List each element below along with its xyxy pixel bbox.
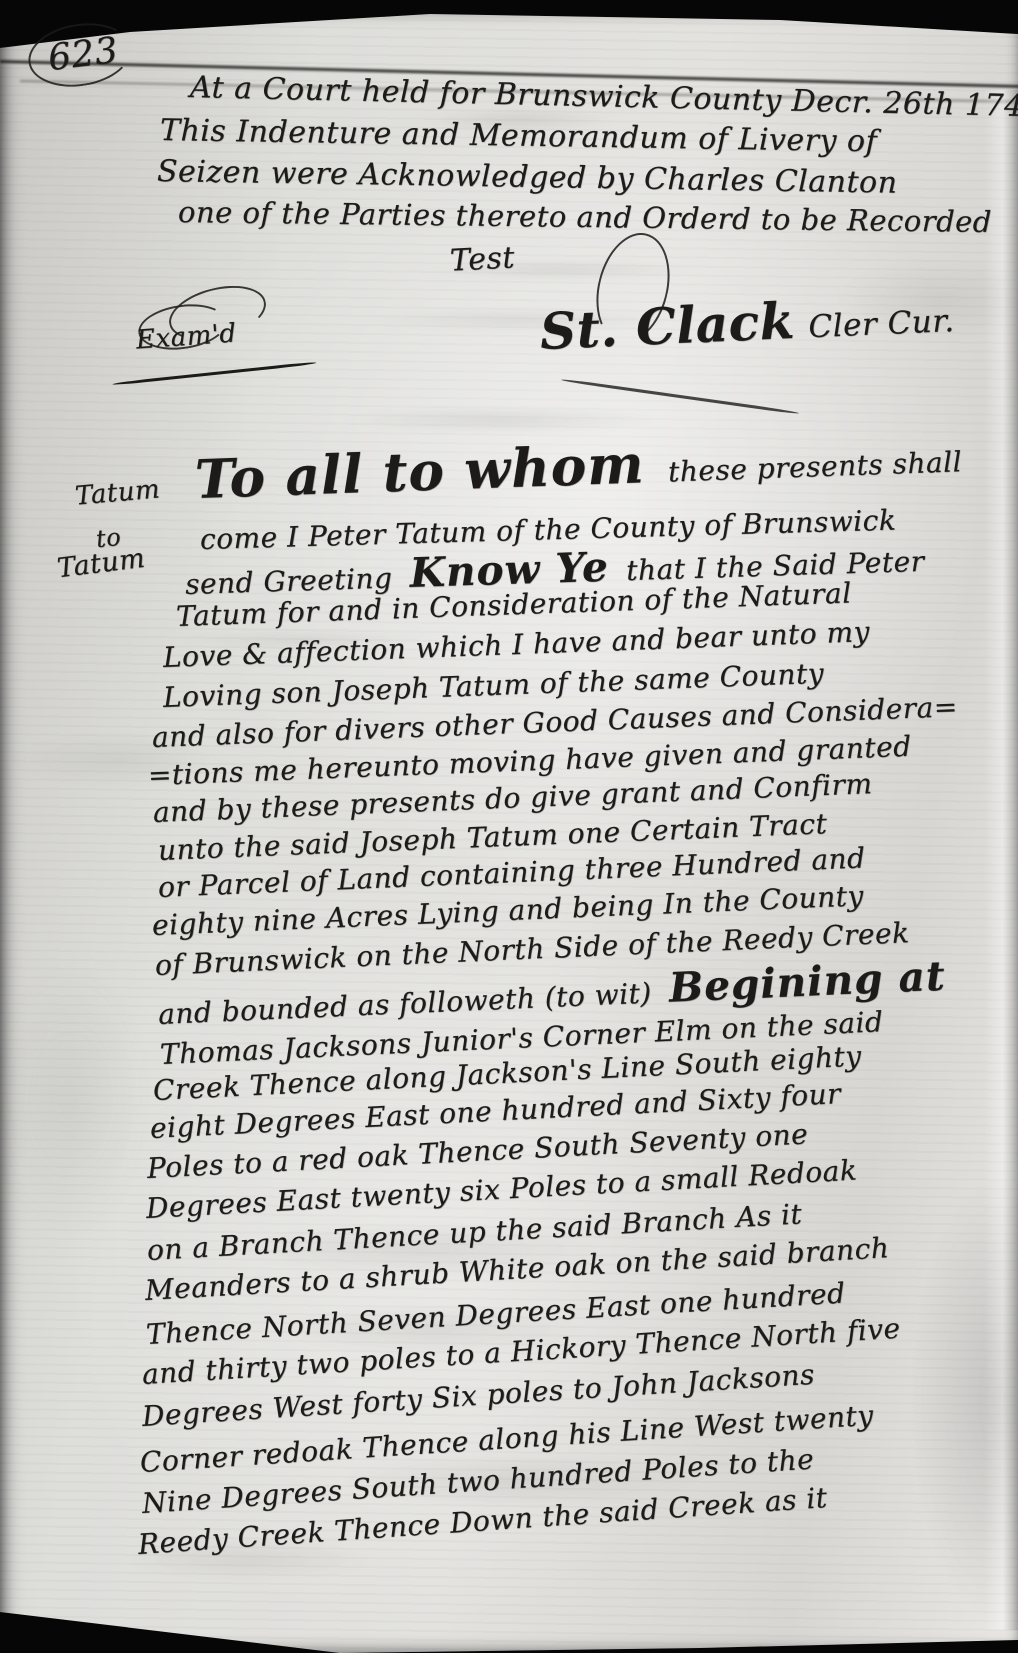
opening-rest: these presents shall — [667, 445, 962, 488]
clerk-title: Cler Cur. — [808, 303, 956, 345]
attest-label: Test — [449, 240, 516, 278]
clerk-signature-name: St. Clack — [539, 291, 796, 361]
page-right-edge — [984, 90, 1018, 1630]
page-number: 623 — [46, 30, 121, 79]
